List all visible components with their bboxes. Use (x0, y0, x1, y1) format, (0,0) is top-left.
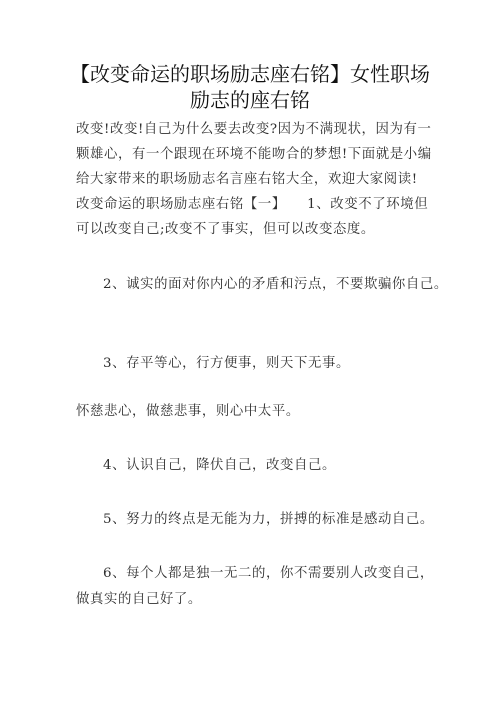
intro-line-5: 可以改变自己;改变不了事实，但可以改变态度。 (76, 222, 375, 238)
document-title: 【改变命运的职场励志座右铭】女性职场 励志的座右铭 (60, 61, 440, 113)
intro-line-3: 给大家带来的职场励志名言座右铭大全，欢迎大家阅读! (76, 172, 418, 188)
motto-item-2: 2、诚实的面对你内心的矛盾和污点，不要欺骗你自己。 (103, 277, 448, 293)
motto-item-3: 3、存平等心，行方便事，则天下无事。 (103, 356, 350, 372)
motto-item-4: 4、认识自己，降伏自己，改变自己。 (103, 458, 336, 474)
intro-line-2: 颗雄心，有一个跟现在环境不能吻合的梦想!下面就是小编 (76, 147, 432, 163)
title-line-2: 励志的座右铭 (60, 87, 440, 113)
intro-line-4: 改变命运的职场励志座右铭【一】 1、改变不了环境但 (76, 197, 428, 213)
motto-item-5: 5、努力的终点是无能为力，拼搏的标准是感动自己。 (103, 512, 434, 528)
intro-line-1: 改变!改变!自己为什么要去改变?因为不满现状，因为有一 (76, 122, 432, 138)
motto-item-6: 6、每个人都是独一无二的，你不需要别人改变自己， (103, 566, 434, 582)
document-page: 【改变命运的职场励志座右铭】女性职场 励志的座右铭 改变!改变!自己为什么要去改… (0, 0, 500, 708)
motto-item-3-continued: 怀慈悲心，做慈悲事，则心中太平。 (76, 404, 300, 420)
title-line-1: 【改变命运的职场励志座右铭】女性职场 (60, 61, 440, 87)
motto-item-6-continued: 做真实的自己好了。 (76, 592, 202, 608)
